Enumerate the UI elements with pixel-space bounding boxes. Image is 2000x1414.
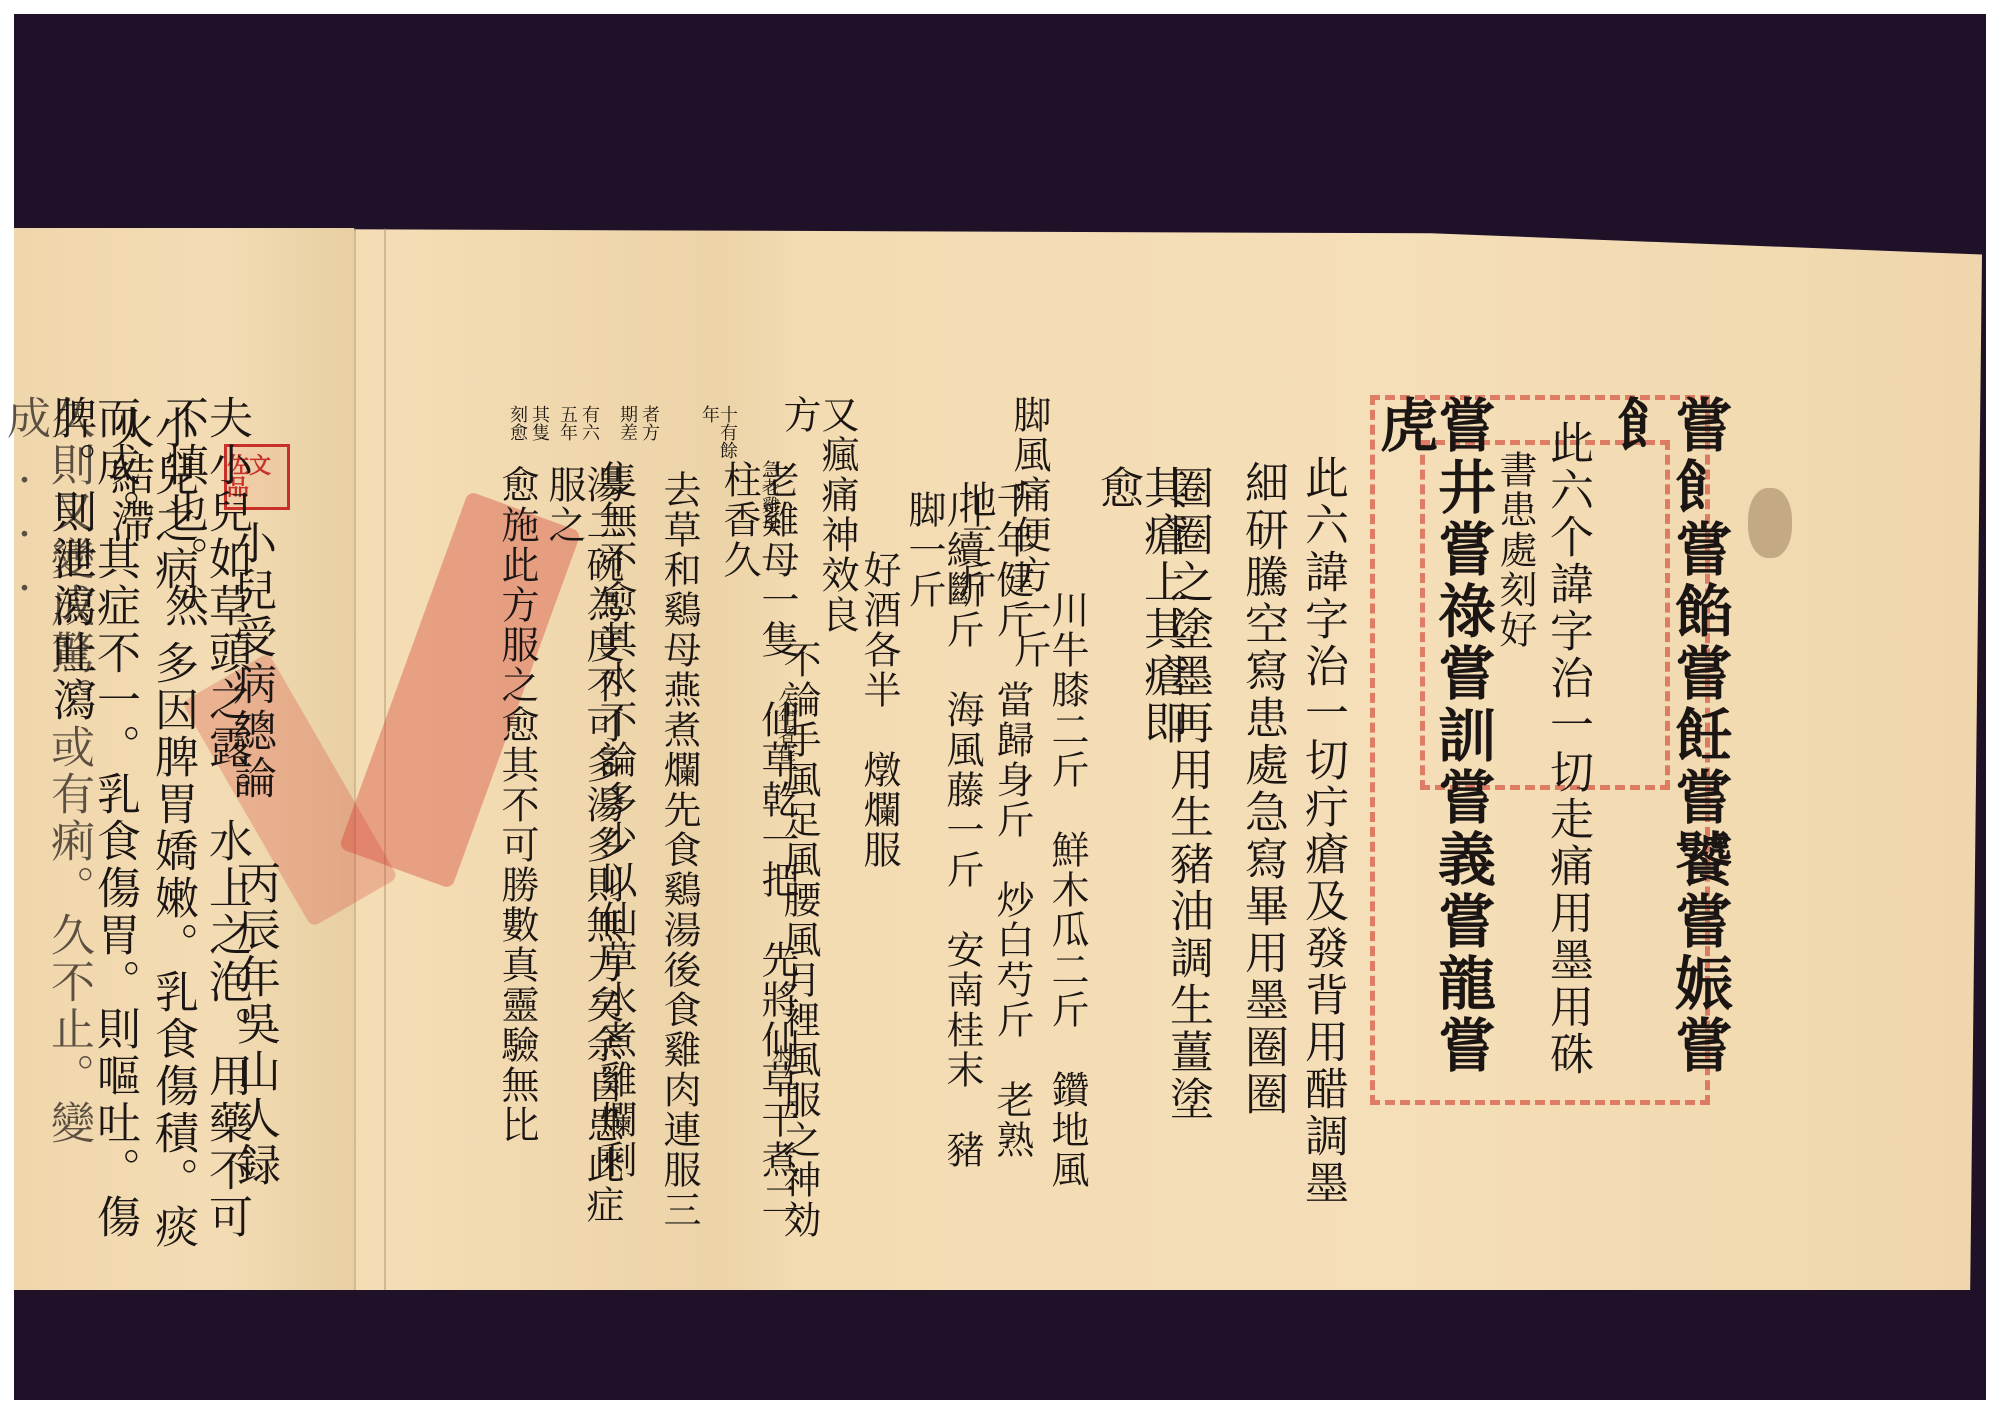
recipe-line: 老雞母一隻 仙草乾一把 先將仙草干煮二柱香久	[720, 460, 796, 1240]
text-column: 此六諱字治一切疔瘡及發背用醋調墨	[1300, 455, 1344, 1255]
annotation: 水	[770, 1045, 788, 1075]
water-stain	[1748, 488, 1792, 558]
annotation: 有六	[580, 405, 598, 465]
annotation: 其隻	[530, 405, 548, 465]
annotation: 期差	[618, 405, 636, 465]
talisman-column-2: 嘗井嘗祿嘗訓嘗義嘗龍嘗虎	[1375, 395, 1491, 1095]
annotation: 久年者佳	[776, 690, 794, 790]
annotation: 五年	[558, 405, 576, 465]
talisman-column-1: 嘗飠嘗餡嘗飪嘗饕嘗娠嘗飠	[1612, 395, 1728, 1095]
annotation: 者方	[640, 405, 658, 465]
page-fold-line	[354, 228, 356, 1290]
recipe-line: 川續斷斤 海風藤一斤 安南桂末 豬脚一斤	[905, 490, 981, 1190]
annotation: 刻愈	[508, 405, 526, 465]
annotation: 十有餘年	[700, 405, 736, 465]
recipe-line: 去草和鷄母燕煮爛先食鷄湯後食雞肉連服三	[660, 470, 698, 1250]
text-column: 細研騰空寫患處急寫畢用墨圈圈	[1240, 460, 1284, 1240]
text-column: 其瘡上其瘡即愈	[1095, 465, 1183, 765]
recipe-line: 湯二碗為度不可多湯多則無力矣余自患此症服之	[545, 465, 621, 1245]
recipe-line: 好酒各半 燉爛服	[860, 550, 898, 870]
text-column-cut: 久則又變成驚。或有痢。久不止。變成...	[2, 395, 90, 1265]
recipe-line: 愈施此方服之愈其不可勝數真靈驗無比	[498, 465, 536, 1245]
talisman-note-2: 書患處刻好	[1496, 450, 1534, 750]
talisman-note-1: 此六个諱字治一切走痛用墨用硃	[1545, 420, 1589, 1240]
